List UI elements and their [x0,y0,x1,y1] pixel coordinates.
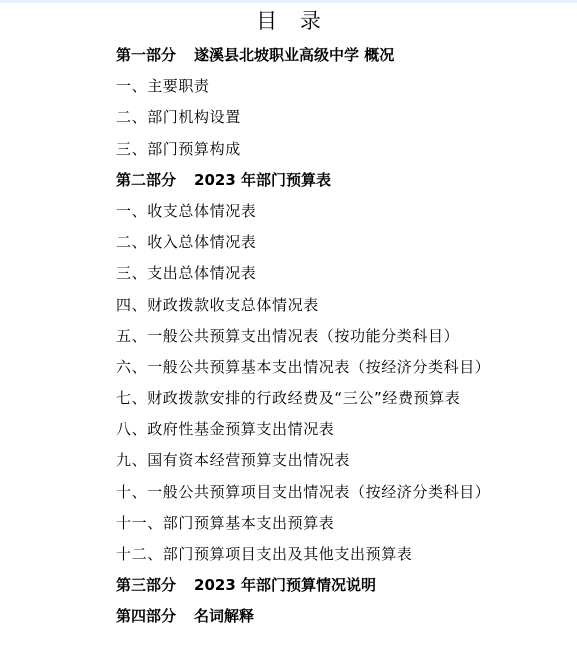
toc-item-table-8[interactable]: 八、政府性基金预算支出情况表 [116,414,490,445]
toc-item-budget-composition[interactable]: 三、部门预算构成 [116,134,490,165]
toc-item-table-9[interactable]: 九、国有资本经营预算支出情况表 [116,445,490,476]
toc-part-text: 2023 年部门预算表 [194,171,331,189]
toc-item-table-3[interactable]: 三、支出总体情况表 [116,258,490,289]
toc-item-table-12[interactable]: 十二、部门预算项目支出及其他支出预算表 [116,539,490,570]
page-title: 目 录 [0,7,577,35]
toc-item-table-7[interactable]: 七、财政拨款安排的行政经费及“三公”经费预算表 [116,383,490,414]
toc-part-2[interactable]: 第二部分2023 年部门预算表 [116,165,490,196]
toc-item-main-duties[interactable]: 一、主要职责 [116,71,490,102]
toc-part-text: 名词解释 [194,607,254,625]
toc-part-label: 第二部分 [116,171,176,189]
toc-part-label: 第三部分 [116,576,176,594]
toc-item-table-5[interactable]: 五、一般公共预算支出情况表（按功能分类科目） [116,321,490,352]
toc-item-table-2[interactable]: 二、收入总体情况表 [116,227,490,258]
toc-part-3[interactable]: 第三部分2023 年部门预算情况说明 [116,570,490,601]
toc-item-table-10[interactable]: 十、一般公共预算项目支出情况表（按经济分类科目） [116,477,490,508]
toc-item-org-structure[interactable]: 二、部门机构设置 [116,102,490,133]
toc-item-table-6[interactable]: 六、一般公共预算基本支出情况表（按经济分类科目） [116,352,490,383]
toc-part-text: 2023 年部门预算情况说明 [194,576,376,594]
toc-item-table-11[interactable]: 十一、部门预算基本支出预算表 [116,508,490,539]
toc-part-4[interactable]: 第四部分名词解释 [116,601,490,632]
table-of-contents: 第一部分遂溪县北坡职业高级中学 概况 一、主要职责 二、部门机构设置 三、部门预… [116,40,490,633]
toc-part-label: 第四部分 [116,607,176,625]
toc-part-text: 遂溪县北坡职业高级中学 概况 [194,46,394,64]
toc-part-1[interactable]: 第一部分遂溪县北坡职业高级中学 概况 [116,40,490,71]
toc-item-table-4[interactable]: 四、财政拨款收支总体情况表 [116,290,490,321]
toc-part-label: 第一部分 [116,46,176,64]
toc-item-table-1[interactable]: 一、收支总体情况表 [116,196,490,227]
top-band [0,0,577,3]
